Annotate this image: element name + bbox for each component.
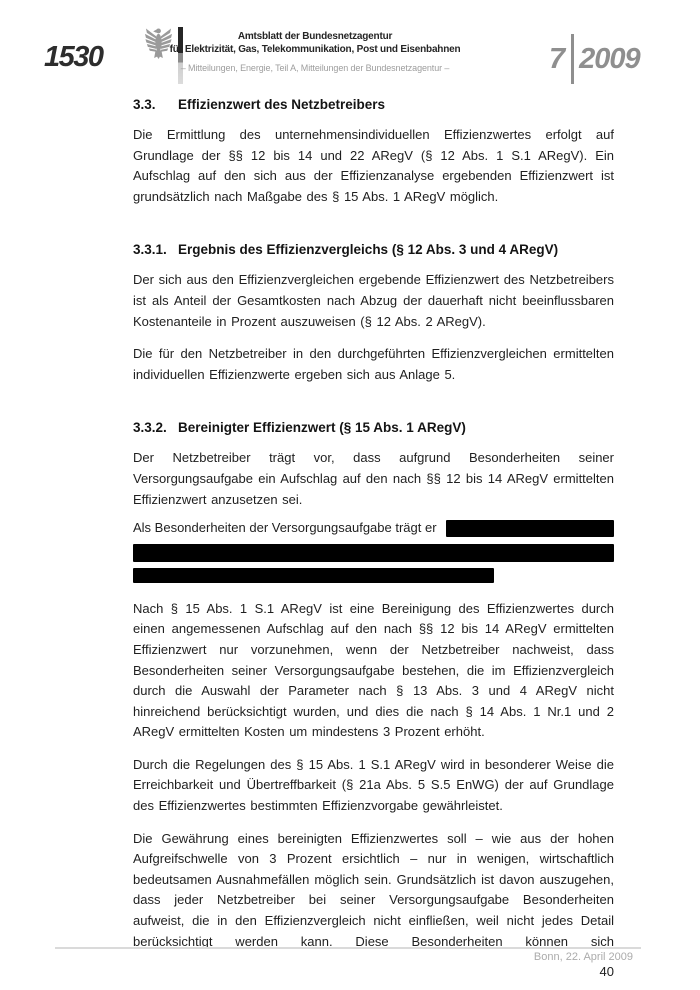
section-heading-3-3-2: 3.3.2. Bereinigter Effizienzwert (§ 15 A… [133,419,614,436]
paragraph: Die Ermittlung des unternehmensindividue… [133,125,614,207]
section-number: 3.3.2. [133,419,178,436]
document-page: 1530 [0,0,700,990]
paragraph: Die Gewährung eines bereinigten Effizien… [133,829,614,953]
paragraph: Die für den Netzbetreiber in den durchge… [133,344,614,385]
masthead-subtitle: – Mitteilungen, Energie, Teil A, Mitteil… [158,63,472,73]
section-number: 3.3.1. [133,241,178,258]
issue-box: 7 2009 [549,34,640,84]
footer-rule [55,947,641,949]
paragraph: Der sich aus den Effizienzvergleichen er… [133,270,614,332]
paragraph: Nach § 15 Abs. 1 S.1 ARegV ist eine Bere… [133,599,614,743]
redaction-bar [133,544,614,562]
redaction-lead-text: Als Besonderheiten der Versorgungsaufgab… [133,518,437,539]
redaction-line-1: Als Besonderheiten der Versorgungsaufgab… [133,518,614,539]
document-page-number: 40 [133,964,614,979]
masthead-title-line1: Amtsblatt der Bundesnetzagentur [158,31,472,44]
issue-divider-bar [571,34,574,84]
journal-page-number: 1530 [44,41,103,74]
paragraph: Durch die Regelungen des § 15 Abs. 1 S.1… [133,755,614,817]
redacted-paragraph: Als Besonderheiten der Versorgungsaufgab… [133,518,614,583]
section-title: Bereinigter Effizienzwert (§ 15 Abs. 1 A… [178,419,466,436]
section-title: Effizienzwert des Netzbetreibers [178,96,385,113]
issue-number: 7 [549,43,564,76]
footer-date: Bonn, 22. April 2009 [55,951,633,963]
document-body: 3.3. Effizienzwert des Netzbetreibers Di… [133,96,614,979]
masthead-title-line2: für Elektrizität, Gas, Telekommunikation… [158,44,472,57]
paragraph: Der Netzbetreiber trägt vor, dass aufgru… [133,448,614,510]
section-title: Ergebnis des Effizienzvergleichs (§ 12 A… [178,241,558,258]
section-number: 3.3. [133,96,178,113]
redaction-bar [133,568,494,583]
redaction-bar [446,520,614,537]
section-heading-3-3: 3.3. Effizienzwert des Netzbetreibers [133,96,614,113]
masthead: Amtsblatt der Bundesnetzagentur für Elek… [158,31,472,73]
issue-year: 2009 [579,43,640,76]
section-heading-3-3-1: 3.3.1. Ergebnis des Effizienzvergleichs … [133,241,614,258]
